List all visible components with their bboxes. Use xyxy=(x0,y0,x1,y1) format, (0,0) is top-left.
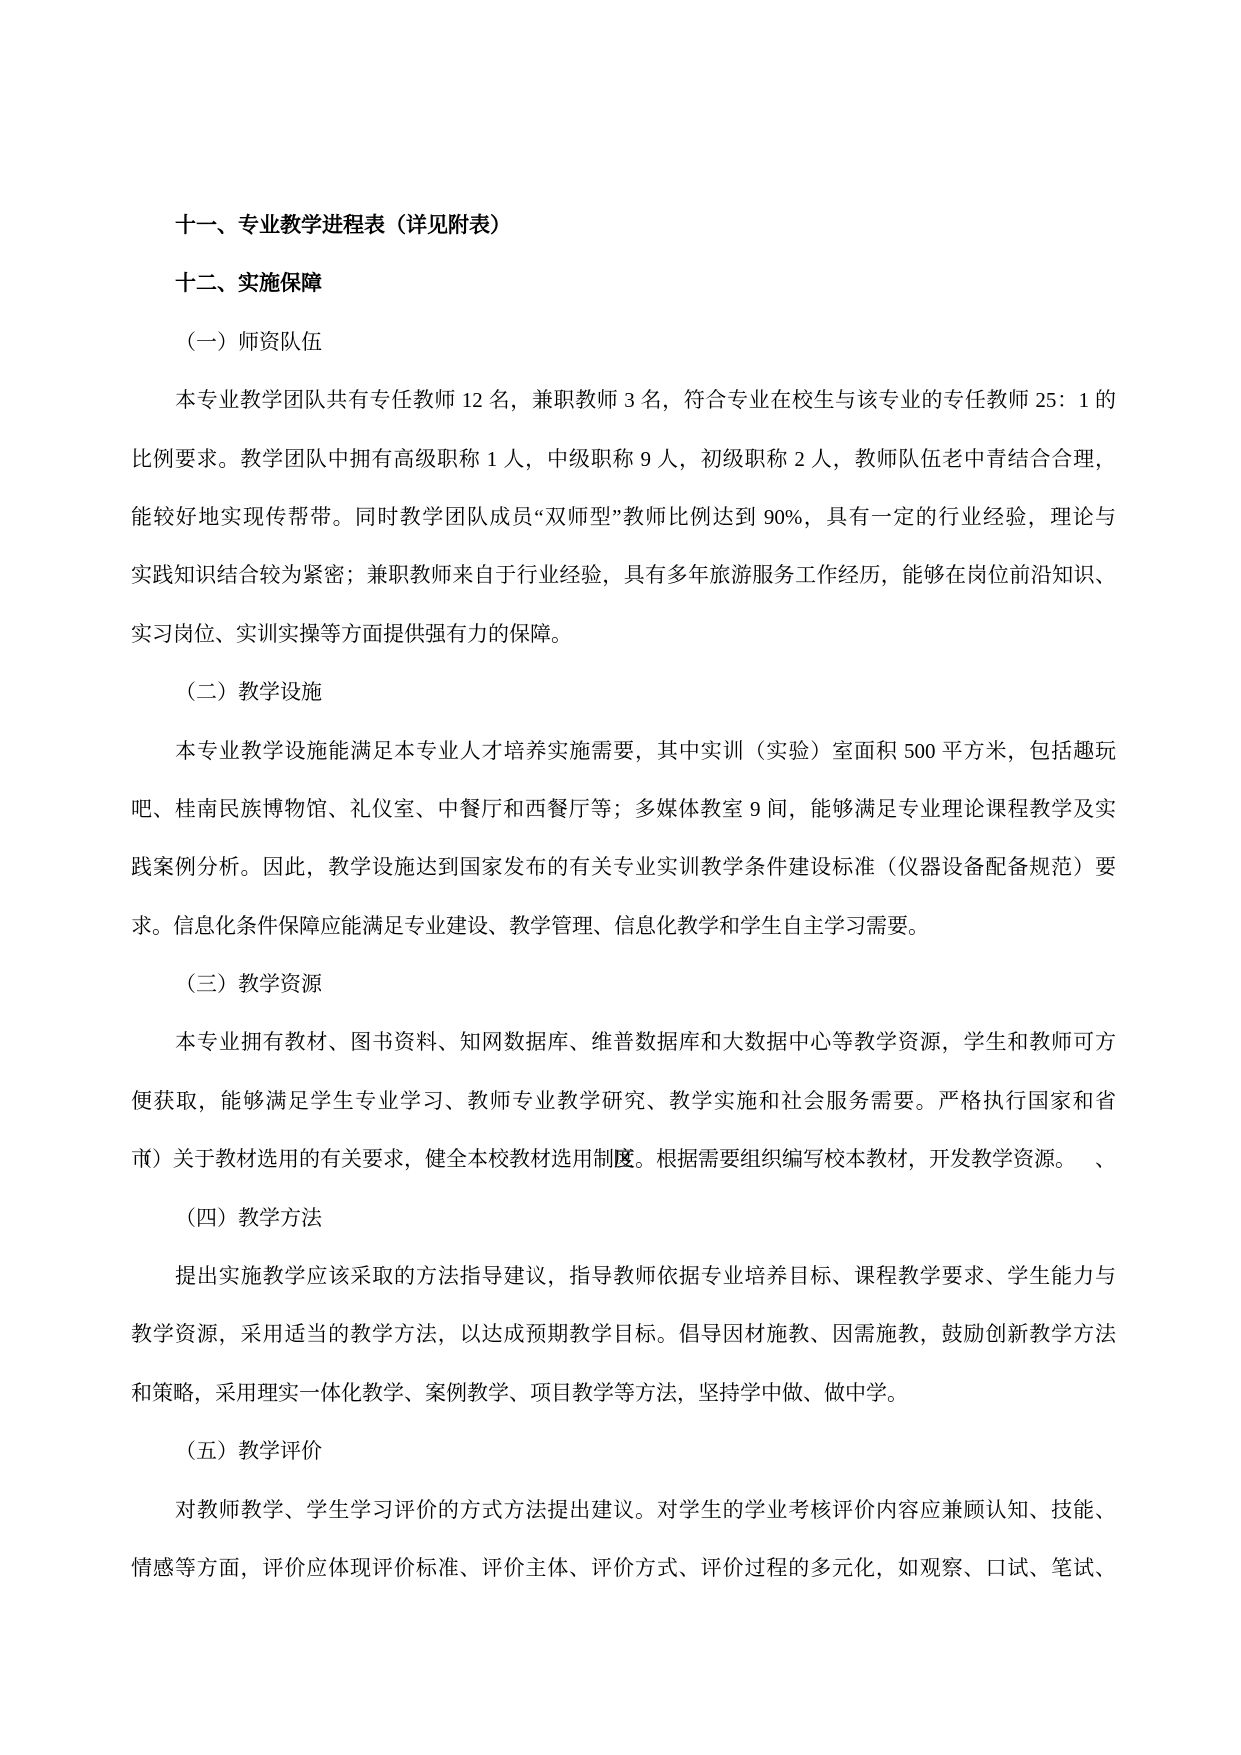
paragraph-line: 本专业拥有教材、图书资料、知网数据库、维普数据库和大数据中心等教学资源，学生和教… xyxy=(131,1013,1116,1071)
paragraph-line: 和策略，采用理实一体化教学、案例教学、项目教学等方法，坚持学中做、做中学。 xyxy=(131,1364,1116,1422)
paragraph-line: 能较好地实现传帮带。同时教学团队成员“双师型”教师比例达到 90%，具有一定的行… xyxy=(131,488,1116,546)
section-heading: （一）师资队伍 xyxy=(131,313,1116,371)
paragraph-line: 求。信息化条件保障应能满足专业建设、教学管理、信息化教学和学生自主学习需要。 xyxy=(131,897,1116,955)
paragraph-line: 本专业教学团队共有专任教师 12 名，兼职教师 3 名，符合专业在校生与该专业的… xyxy=(131,371,1116,429)
chapter-heading: 十一、专业教学进程表（详见附表） xyxy=(131,196,1116,254)
section-heading: （三）教学资源 xyxy=(131,955,1116,1013)
document-page: 十一、专业教学进程表（详见附表）十二、实施保障（一）师资队伍本专业教学团队共有专… xyxy=(0,0,1241,1755)
paragraph-line: 提出实施教学应该采取的方法指导建议，指导教师依据专业培养目标、课程教学要求、学生… xyxy=(131,1247,1116,1305)
paragraph-line: 便获取，能够满足学生专业学习、教师专业教学研究、教学实施和社会服务需要。严格执行… xyxy=(131,1072,1116,1130)
paragraph-line: 践案例分析。因此，教学设施达到国家发布的有关专业实训教学条件建设标准（仪器设备配… xyxy=(131,838,1116,896)
paragraph-line: 对教师教学、学生学习评价的方式方法提出建议。对学生的学业考核评价内容应兼顾认知、… xyxy=(131,1481,1116,1539)
section-heading: （四）教学方法 xyxy=(131,1189,1116,1247)
paragraph-line: 本专业教学设施能满足本专业人才培养实施需要，其中实训（实验）室面积 500 平方… xyxy=(131,722,1116,780)
chapter-heading: 十二、实施保障 xyxy=(131,254,1116,312)
paragraph-line: 实践知识结合较为紧密；兼职教师来自于行业经验，具有多年旅游服务工作经历，能够在岗… xyxy=(131,546,1116,604)
paragraph-line: 教学资源，采用适当的教学方法，以达成预期教学目标。倡导因材施教、因需施教，鼓励创… xyxy=(131,1305,1116,1363)
section-heading: （五）教学评价 xyxy=(131,1422,1116,1480)
paragraph-line: 市）关于教材选用的有关要求，健全本校教材选用制度。根据需要组织编写校本教材，开发… xyxy=(131,1130,1116,1188)
document-content: 十一、专业教学进程表（详见附表）十二、实施保障（一）师资队伍本专业教学团队共有专… xyxy=(131,196,1116,1597)
section-heading: （二）教学设施 xyxy=(131,663,1116,721)
paragraph-line: 吧、桂南民族博物馆、礼仪室、中餐厅和西餐厅等；多媒体教室 9 间，能够满足专业理… xyxy=(131,780,1116,838)
paragraph-line: 比例要求。教学团队中拥有高级职称 1 人，中级职称 9 人，初级职称 2 人，教… xyxy=(131,430,1116,488)
paragraph-line: 实习岗位、实训实操等方面提供强有力的保障。 xyxy=(131,605,1116,663)
paragraph-line: 情感等方面，评价应体现评价标准、评价主体、评价方式、评价过程的多元化，如观察、口… xyxy=(131,1539,1116,1597)
